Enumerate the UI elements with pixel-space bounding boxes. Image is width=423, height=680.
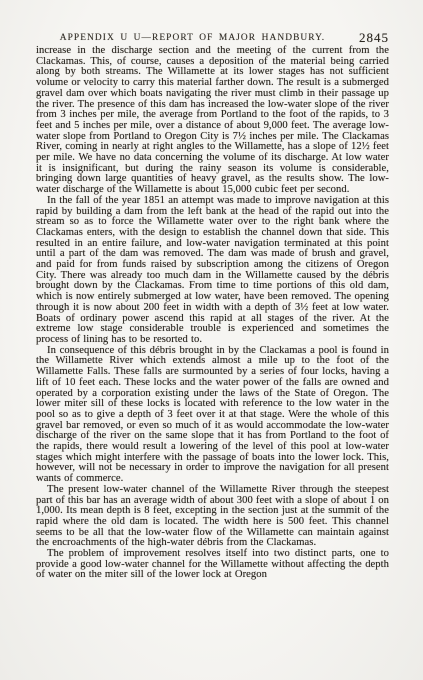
paragraph-2: In the fall of the year 1851 an attempt … (36, 196, 389, 346)
paragraph-3: In consequence of this débris brought in… (36, 346, 389, 485)
paragraph-5: The problem of improvement resolves itse… (36, 549, 389, 581)
scanned-page: APPENDIX U U—REPORT OF MAJOR HANDBURY. 2… (0, 0, 423, 680)
page-number: 2845 (359, 30, 389, 46)
paragraph-1: increase in the discharge section and th… (36, 46, 389, 196)
running-head-title: APPENDIX U U—REPORT OF MAJOR HANDBURY. (36, 33, 349, 43)
paragraph-4: The present low-water channel of the Wil… (36, 485, 389, 549)
page-body: increase in the discharge section and th… (36, 46, 389, 581)
